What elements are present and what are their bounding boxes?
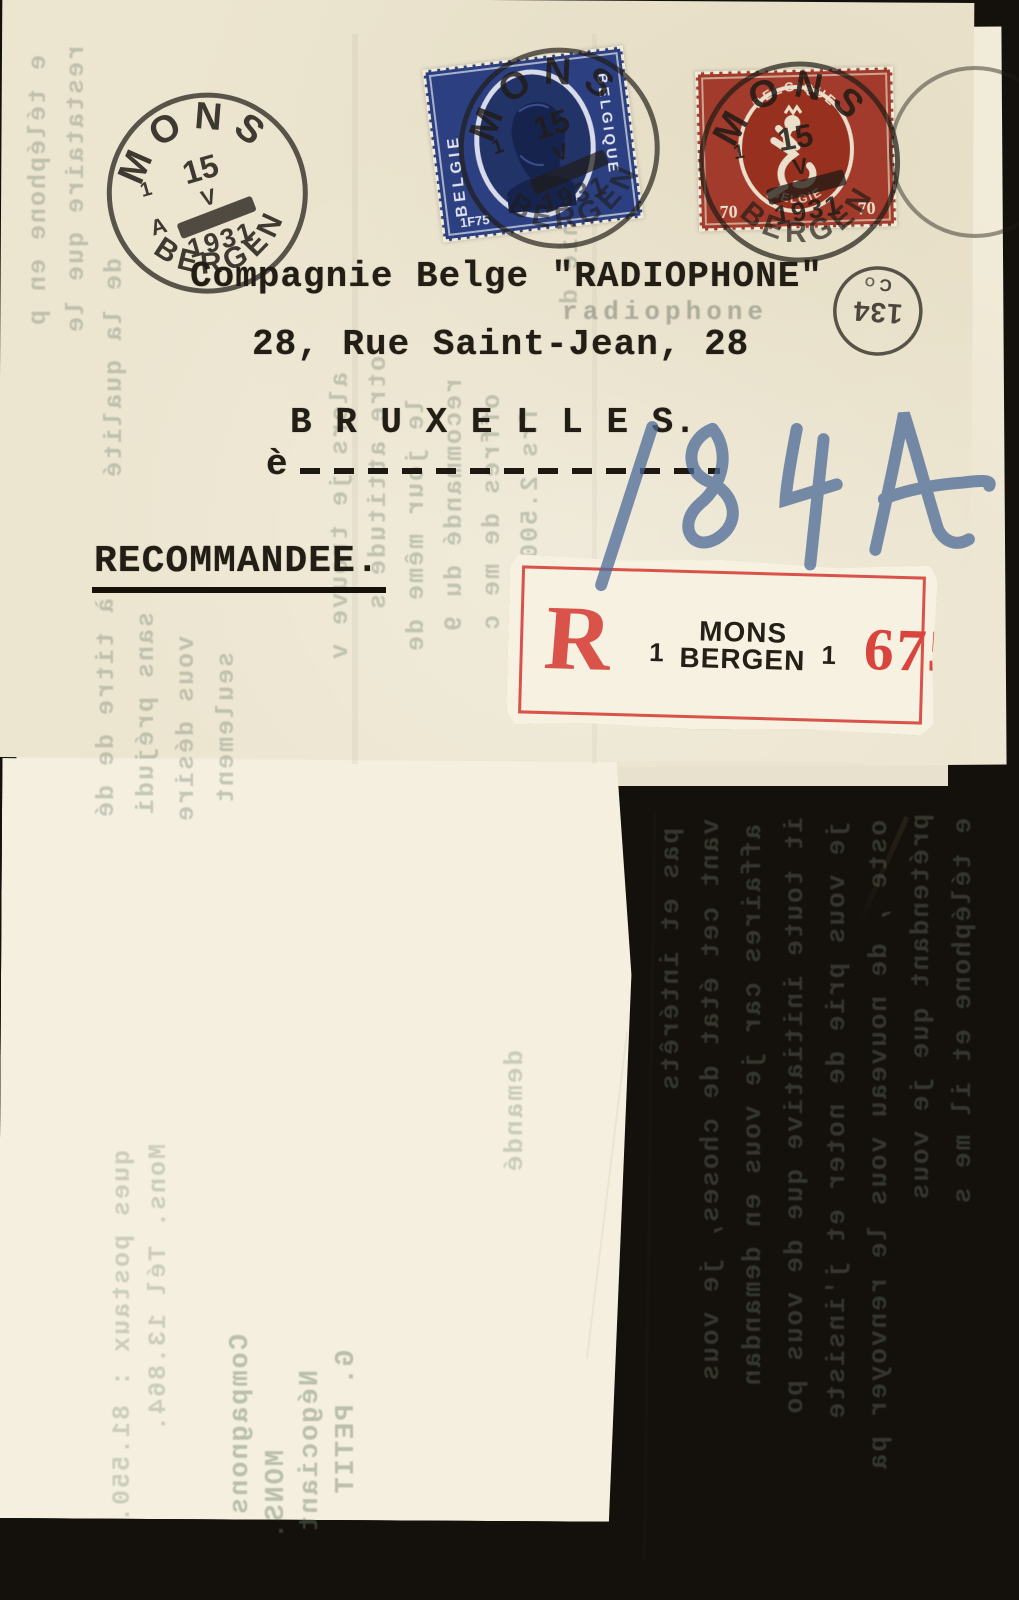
show-through-text: it toute initiative que de vous po: [780, 817, 810, 1416]
show-through-signature: Négociant: [296, 1370, 326, 1534]
registration-town-line2: BERGEN: [679, 644, 806, 675]
blue-crayon-number: 184A: [558, 373, 1011, 608]
show-through-signature: MONS.: [262, 1450, 292, 1541]
show-through-text: Mons. Tél 13.864.: [144, 1144, 173, 1433]
show-through-text: à titre de dé: [92, 598, 121, 819]
svg-text:A: A: [147, 212, 169, 240]
show-through-text: oste , de nouveau vous le renvoyer pa: [864, 820, 894, 1471]
postmark-partial-strike: [885, 62, 1019, 247]
show-through-text: vous désire: [172, 636, 201, 823]
show-through-signature: G. PETIT: [332, 1350, 362, 1496]
show-through-text: demandé: [500, 1050, 530, 1173]
registration-town: MONS BERGEN: [679, 616, 806, 674]
registration-office-number-left: 1: [649, 636, 664, 667]
show-through-text: e téléphone et il me s: [948, 818, 978, 1205]
photo-of-registered-cover: e téléphone en p restataire que le de la…: [0, 0, 1019, 1600]
show-through-text: pas et intérêts: [656, 828, 686, 1092]
transit-mark-134: 134 C O: [827, 255, 930, 362]
svg-text:15: 15: [178, 147, 222, 191]
show-through-text: vant cet état de choses, je vous: [696, 819, 726, 1382]
show-through-text: sans préjudi: [132, 612, 161, 816]
show-through-text: je vous prie de noter et j'insiste: [822, 822, 852, 1421]
svg-text:15: 15: [775, 117, 816, 159]
svg-text:O: O: [864, 274, 875, 290]
svg-text:1: 1: [489, 135, 506, 159]
show-through-text: affaires car je vous en demandan: [738, 824, 768, 1387]
svg-text:C: C: [879, 275, 893, 295]
svg-text:134: 134: [852, 295, 904, 329]
show-through-text: prétendant que je vous: [906, 814, 936, 1201]
show-through-text: e téléphone en p: [24, 55, 53, 327]
address-dash-prefix: è: [266, 444, 288, 485]
show-through-text: seulement: [212, 652, 241, 805]
svg-text:V: V: [550, 138, 572, 166]
svg-text:V: V: [791, 153, 810, 180]
address-line-street: 28, Rue Saint-Jean, 28: [252, 324, 749, 365]
svg-text:15: 15: [529, 102, 574, 147]
fold-crease: [643, 810, 656, 1562]
show-through-text: ques postaux : 81.550.: [108, 1150, 137, 1524]
svg-text:V: V: [198, 183, 219, 211]
registered-endorsement: RECOMMANDEE.: [92, 540, 386, 593]
show-through-signature: Compagnons: [226, 1334, 256, 1516]
registration-office-number-right: 1: [821, 639, 836, 670]
